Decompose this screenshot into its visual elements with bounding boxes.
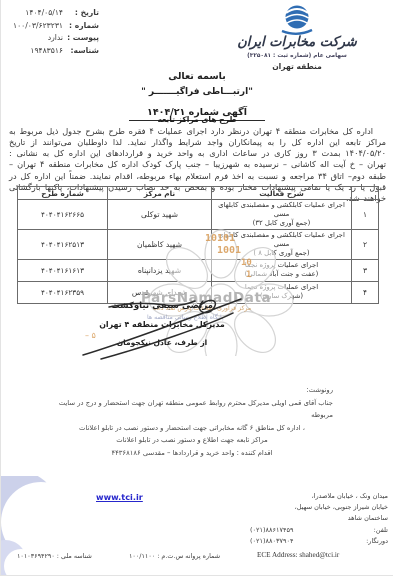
header-plan-number: شماره طرح [18, 187, 108, 200]
table-header-row: شرح فعالیت نام مرکز شماره طرح [18, 187, 379, 200]
fax-label: دورنگار: [366, 536, 388, 547]
activity-line-1: اجرای عملیات پروژه نجما [214, 283, 349, 292]
tci-website-link[interactable]: www.tci.ir [96, 492, 143, 502]
ece-address: ECE Address: shahed@tci.ir [257, 551, 339, 559]
row-center: شهید توکلی [108, 200, 212, 230]
header-activity: شرح فعالیت [212, 187, 352, 200]
handwritten-signature-icon [75, 293, 249, 369]
row-number: ۴ [352, 281, 379, 303]
cc-label: رونوشت: [51, 384, 333, 397]
row-activity: اجرای عملیات پروژه نجما (عفت و جنت آباد … [212, 259, 352, 281]
row-activity: اجرای عملیات کابلکشی و مفصلبندی کابلهای … [212, 200, 352, 230]
meta-number: شماره : ۱۰۰/۰۳/۶۲۳۲۳۱ [7, 21, 99, 34]
letter-meta-block: تاریخ : ۱۴۰۴/۰۵/۱۴ شماره : ۱۰۰/۰۳/۶۲۳۲۳۱… [7, 8, 99, 58]
activity-line-1: اجرای عملیات پروژه نجما [214, 261, 349, 270]
company-region: منطقه تهران [223, 62, 371, 71]
row-plan: ۴۰۴۰۴۱۶۱۶۱۳ [18, 259, 108, 281]
meta-date: تاریخ : ۱۴۰۴/۰۵/۱۴ [7, 8, 99, 21]
header-row-number [352, 187, 379, 200]
cc-item: مراکز تابعه جهت اطلاع و دستور نصب در تاب… [51, 434, 333, 447]
row-plan: ۴۰۴۰۴۱۶۲۵۱۳ [18, 229, 108, 259]
notice-subtitle: طرح های مراکز تابعه [1, 115, 393, 124]
activity-line-1: اجرای عملیات کابلکشی و مفصلبندی کابلهای … [214, 201, 349, 219]
cc-block: رونوشت: جناب آقای قمی اویلی مدیرکل محترم… [51, 384, 333, 460]
meta-id-value: ۱۹۴۸۳۵۱۶ [7, 46, 63, 55]
cc-item: ، اداره کل مناطق ۶ گانه مخابراتی جهت است… [51, 422, 333, 435]
bismillah-line: باسمه تعالی [1, 71, 393, 82]
tci-logo-icon [223, 4, 371, 36]
activity-line-2: (جمع آوری کابل ۸ ) [214, 249, 349, 258]
slogan-line: "ارتبـــاطی فراگیـــــــر " [1, 87, 393, 97]
letterhead-logo-block: شرکت مخابرات ایران سهامی عام (شماره ثبت … [223, 4, 371, 71]
header-center: نام مرکز [108, 187, 212, 200]
phone-label: تلفن: [374, 525, 388, 536]
meta-attachment-label: پیوست : [67, 33, 99, 42]
table-row: ۳ اجرای عملیات پروژه نجما (عفت و جنت آبا… [18, 259, 379, 281]
meta-id-label: شناسه: [70, 46, 99, 55]
meta-date-value: ۱۴۰۴/۰۵/۱۴ [7, 8, 63, 17]
company-name: شرکت مخابرات ایران [223, 36, 371, 50]
meta-attachment-value: ندارد [7, 33, 63, 42]
phone-line: تلفن: (۰۲۱)۸۸۶۱۷۴۵۹ [250, 525, 388, 536]
cc-item: جناب آقای قمی اویلی مدیرکل محترم روابط ع… [51, 397, 333, 422]
fax-line: دورنگار: (۰۲۱)۸۸۰۳۷۹۰۴ [250, 536, 388, 547]
row-number: ۳ [352, 259, 379, 281]
meta-number-label: شماره : [69, 21, 99, 30]
address-line: میدان ونک ، خیابان ملاصدرا، [250, 491, 388, 502]
national-id: شناسه ملی : ۱۰۱۰۳۶۹۴۲۹۰ [17, 552, 92, 560]
activity-line-2: (عفت و جنت آباد شمالی) [214, 270, 349, 279]
table-row: ۱ اجرای عملیات کابلکشی و مفصلبندی کابلها… [18, 200, 379, 230]
row-activity: اجرای عملیات کابلکشی و مفصلبندی کابلهای … [212, 229, 352, 259]
meta-attachment: پیوست : ندارد [7, 33, 99, 46]
meta-number-value: ۱۰۰/۰۳/۶۲۳۲۳۱ [7, 21, 63, 30]
tci-watermark-icon [1, 476, 93, 576]
fax-value: (۰۲۱)۸۸۰۳۷۹۰۴ [250, 536, 293, 547]
meta-date-label: تاریخ : [75, 8, 99, 17]
cc-item: اقدام کننده : واحد خرید و قراردادها – مق… [51, 447, 333, 460]
row-plan: ۴۰۴۰۴۱۶۲۶۶۵ [18, 200, 108, 230]
activity-line-1: اجرای عملیات کابلکشی و مفصلبندی کابلهای … [214, 231, 349, 249]
address-line: ساختمان شاهد [250, 513, 388, 524]
license-number: شماره پروانه س.ت.م : ۱۰۰/۱۱۰۰ [129, 552, 220, 560]
address-line: خیابان شیراز جنوبی، خیابان سهیل، [250, 502, 388, 513]
row-center: شهید کاظمیان [108, 229, 212, 259]
table-row: ۲ اجرای عملیات کابلکشی و مفصلبندی کابلها… [18, 229, 379, 259]
footer-address-block: میدان ونک ، خیابان ملاصدرا، خیابان شیراز… [250, 491, 388, 547]
row-center: شهید یزدانپناه [108, 259, 212, 281]
row-number: ۱ [352, 200, 379, 230]
meta-id: شناسه: ۱۹۴۸۳۵۱۶ [7, 46, 99, 59]
plans-table: شرح فعالیت نام مرکز شماره طرح ۱ اجرای عم… [17, 186, 379, 304]
phone-value: (۰۲۱)۸۸۶۱۷۴۵۹ [250, 525, 293, 536]
row-number: ۲ [352, 229, 379, 259]
company-registration: سهامی عام (شماره ثبت : ۳۲۵۰۸۱) [223, 53, 371, 59]
scanned-letter-page: { "letterhead": { "company": "شرکت مخابر… [0, 0, 393, 576]
activity-line-2: (جمع آوری کابل ۳۲) [214, 219, 349, 228]
